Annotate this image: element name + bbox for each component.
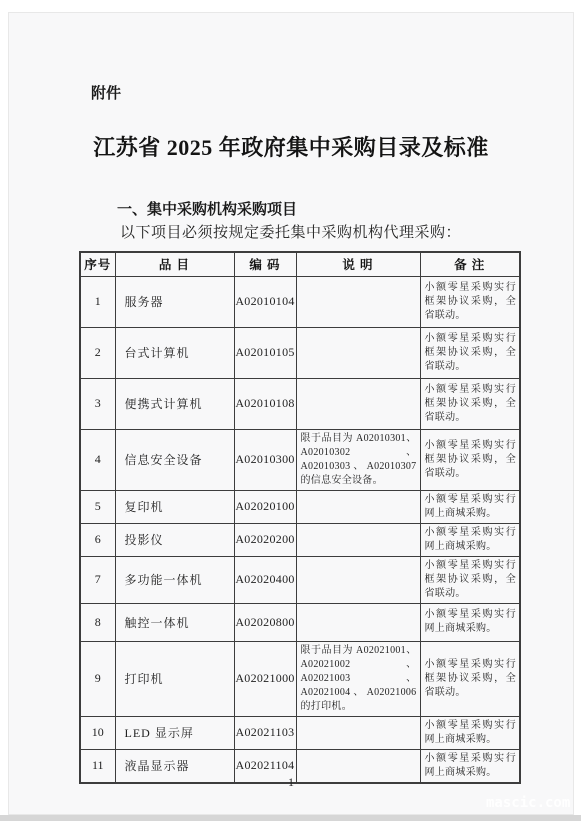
table-row: 6 投影仪 A02020200 小额零星采购实行网上商城采购。 [80, 523, 520, 556]
table-row: 10 LED 显示屏 A02021103 小额零星采购实行网上商城采购。 [80, 716, 520, 749]
table-row: 9 打印机 A02021000 限于品目为 A02021001、A0202100… [80, 641, 520, 716]
page-gap-strip [0, 815, 581, 821]
row-no: 10 [80, 716, 115, 749]
code-cell: A02020400 [234, 556, 296, 603]
row-no: 4 [80, 429, 115, 490]
code-cell: A02021103 [234, 716, 296, 749]
remark-cell: 小额零星采购实行网上商城采购。 [420, 523, 520, 556]
intro-paragraph: 以下项目必须按规定委托集中采购机构代理采购： [120, 221, 461, 242]
code-cell: A02020100 [234, 490, 296, 523]
table-row: 7 多功能一体机 A02020400 小额零星采购实行框架协议采购，全省联动。 [80, 556, 520, 603]
row-no: 9 [80, 641, 115, 716]
note-cell [296, 490, 420, 523]
table-row: 3 便携式计算机 A02010108 小额零星采购实行框架协议采购，全省联动。 [80, 378, 520, 429]
code-cell: A02020800 [234, 603, 296, 641]
document-page: 附件 江苏省 2025 年政府集中采购目录及标准 一、集中采购机构采购项目 以下… [8, 12, 574, 815]
remark-cell: 小额零星采购实行框架协议采购，全省联动。 [420, 429, 520, 490]
code-cell: A02020200 [234, 523, 296, 556]
note-cell [296, 716, 420, 749]
item-cell: 便携式计算机 [115, 378, 234, 429]
section-heading: 一、集中采购机构采购项目 [117, 198, 297, 219]
note-cell [296, 603, 420, 641]
header-no: 序号 [80, 252, 115, 276]
note-cell [296, 523, 420, 556]
note-cell [296, 276, 420, 327]
document-title: 江苏省 2025 年政府集中采购目录及标准 [9, 131, 573, 162]
remark-cell: 小额零星采购实行框架协议采购，全省联动。 [420, 327, 520, 378]
note-cell: 限于品目为 A02010301、A02010302、A02010303、A020… [296, 429, 420, 490]
row-no: 1 [80, 276, 115, 327]
watermark-text: mascic.com [486, 795, 570, 811]
item-cell: 复印机 [115, 490, 234, 523]
item-cell: 多功能一体机 [115, 556, 234, 603]
header-item: 品 目 [115, 252, 234, 276]
remark-cell: 小额零星采购实行网上商城采购。 [420, 490, 520, 523]
item-cell: LED 显示屏 [115, 716, 234, 749]
procurement-catalog-table: 序号 品 目 编 码 说 明 备 注 1 服务器 A02010104 小额零星采… [79, 251, 521, 784]
remark-cell: 小额零星采购实行框架协议采购，全省联动。 [420, 641, 520, 716]
row-no: 6 [80, 523, 115, 556]
remark-cell: 小额零星采购实行网上商城采购。 [420, 603, 520, 641]
table-row: 4 信息安全设备 A02010300 限于品目为 A02010301、A0201… [80, 429, 520, 490]
table-row: 2 台式计算机 A02010105 小额零星采购实行框架协议采购，全省联动。 [80, 327, 520, 378]
remark-cell: 小额零星采购实行框架协议采购，全省联动。 [420, 378, 520, 429]
note-cell [296, 378, 420, 429]
header-note: 说 明 [296, 252, 420, 276]
remark-cell: 小额零星采购实行网上商城采购。 [420, 716, 520, 749]
row-no: 3 [80, 378, 115, 429]
row-no: 8 [80, 603, 115, 641]
header-remark: 备 注 [420, 252, 520, 276]
code-cell: A02021000 [234, 641, 296, 716]
item-cell: 触控一体机 [115, 603, 234, 641]
table-row: 1 服务器 A02010104 小额零星采购实行框架协议采购，全省联动。 [80, 276, 520, 327]
row-no: 7 [80, 556, 115, 603]
table-row: 8 触控一体机 A02020800 小额零星采购实行网上商城采购。 [80, 603, 520, 641]
attachment-label: 附件 [91, 82, 121, 103]
note-cell: 限于品目为 A02021001、A02021002、A02021003、A020… [296, 641, 420, 716]
item-cell: 信息安全设备 [115, 429, 234, 490]
item-cell: 服务器 [115, 276, 234, 327]
note-cell [296, 556, 420, 603]
note-cell [296, 327, 420, 378]
code-cell: A02010104 [234, 276, 296, 327]
item-cell: 打印机 [115, 641, 234, 716]
table-row: 5 复印机 A02020100 小额零星采购实行网上商城采购。 [80, 490, 520, 523]
row-no: 5 [80, 490, 115, 523]
row-no: 2 [80, 327, 115, 378]
item-cell: 投影仪 [115, 523, 234, 556]
page-number: 1 [9, 775, 573, 790]
code-cell: A02010105 [234, 327, 296, 378]
header-code: 编 码 [234, 252, 296, 276]
item-cell: 台式计算机 [115, 327, 234, 378]
remark-cell: 小额零星采购实行框架协议采购，全省联动。 [420, 276, 520, 327]
code-cell: A02010108 [234, 378, 296, 429]
remark-cell: 小额零星采购实行框架协议采购，全省联动。 [420, 556, 520, 603]
table-header-row: 序号 品 目 编 码 说 明 备 注 [80, 252, 520, 276]
code-cell: A02010300 [234, 429, 296, 490]
